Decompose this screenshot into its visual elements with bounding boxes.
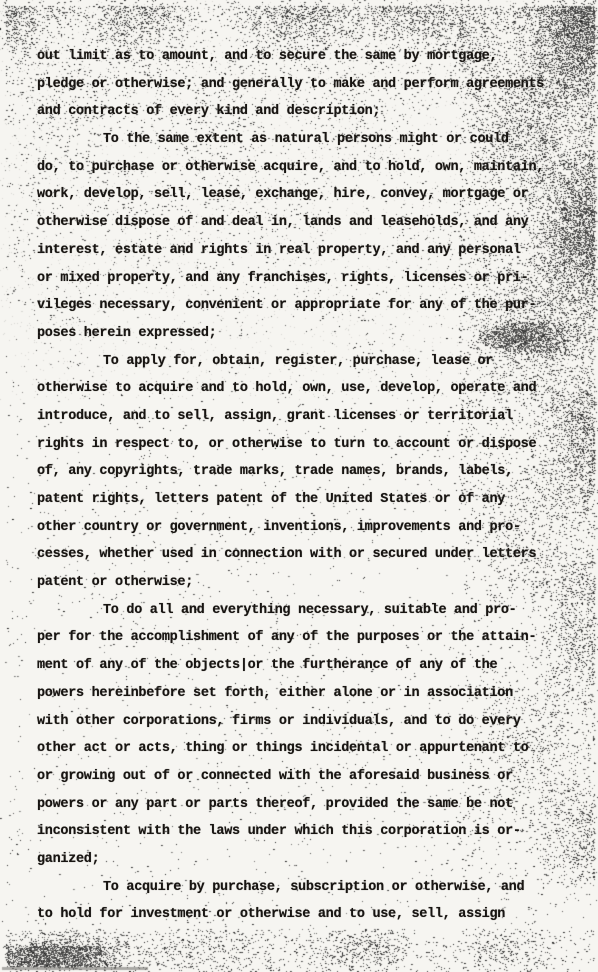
text-line: patent or otherwise; (0, 569, 598, 597)
text-line: other country or government, inventions,… (0, 514, 598, 542)
text-line: introduce, and to sell, assign, grant li… (0, 403, 598, 431)
text-line: patent rights, letters patent of the Uni… (0, 486, 598, 514)
text-line: ganized; (0, 846, 598, 874)
text-line: or mixed property, and any franchises, r… (0, 265, 598, 293)
text-line: of, any copyrights, trade marks, trade n… (0, 458, 598, 486)
text-line: To acquire by purchase, subscription or … (0, 874, 598, 902)
text-line: rights in respect to, or otherwise to tu… (0, 431, 598, 459)
text-line: or growing out of or connected with the … (0, 763, 598, 791)
text-line: interest, estate and rights in real prop… (0, 237, 598, 265)
text-line: otherwise dispose of and deal in, lands … (0, 209, 598, 237)
text-line: per for the accomplishment of any of the… (0, 624, 598, 652)
text-line: out limit as to amount, and to secure th… (0, 43, 598, 71)
text-line: To do all and everything necessary, suit… (0, 597, 598, 625)
text-line: otherwise to acquire and to hold, own, u… (0, 375, 598, 403)
text-line: with other corporations, firms or indivi… (0, 708, 598, 736)
text-line: poses herein expressed; (0, 320, 598, 348)
text-line: cesses, whether used in connection with … (0, 541, 598, 569)
text-line: powers hereinbefore set forth, either al… (0, 680, 598, 708)
text-line: and contracts of every kind and descript… (0, 98, 598, 126)
text-line: ment of any of the objects|or the furthe… (0, 652, 598, 680)
text-line: powers or any part or parts thereof, pro… (0, 791, 598, 819)
text-line: do, to purchase or otherwise acquire, an… (0, 154, 598, 182)
text-line: to hold for investment or otherwise and … (0, 901, 598, 929)
text-line: vileges necessary, convenient or appropr… (0, 292, 598, 320)
text-line: To the same extent as natural persons mi… (0, 126, 598, 154)
text-line: other act or acts, thing or things incid… (0, 735, 598, 763)
text-line: work, develop, sell, lease, exchange, hi… (0, 181, 598, 209)
document-text: out limit as to amount, and to secure th… (0, 43, 598, 929)
document-page: out limit as to amount, and to secure th… (0, 0, 598, 972)
text-line: inconsistent with the laws under which t… (0, 818, 598, 846)
text-line: pledge or otherwise; and generally to ma… (0, 71, 598, 99)
text-line: To apply for, obtain, register, purchase… (0, 348, 598, 376)
